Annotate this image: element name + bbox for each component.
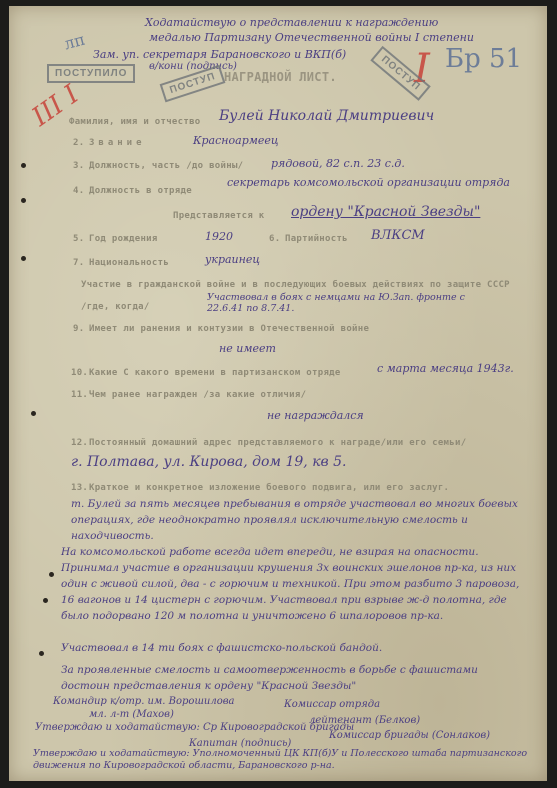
signature-commander-name: мл. л-т (Махов) <box>89 709 174 720</box>
signature-final-approval: Утверждаю и ходатайствую: Уполномоченный… <box>33 748 533 772</box>
signature-commander-title: Командир к/отр. им. Ворошилова <box>53 696 235 707</box>
punch-hole <box>39 651 44 656</box>
field-num-position: 3. <box>73 161 84 171</box>
award-sheet-page: Ходатайствую о представлении к награжден… <box>9 6 547 781</box>
field-value-address: г. Полтава, ул. Кирова, дом 19, кв 5. <box>71 454 347 470</box>
field-value-since: с марта месяца 1943г. <box>377 362 514 375</box>
punch-hole <box>21 163 26 168</box>
field-value-previous-awards: не награждался <box>267 409 364 422</box>
field-label-nominated-for: Представляется к <box>173 211 265 221</box>
field-num-previous-awards: 11. <box>71 390 88 400</box>
field-value-wounds: не имеет <box>219 342 276 355</box>
field-num-feat: 13. <box>71 483 88 493</box>
punch-hole <box>31 411 36 416</box>
field-num-since: 10. <box>71 368 88 378</box>
field-value-nationality: украинец <box>205 253 260 266</box>
narrative-paragraph-2: На комсомольской работе всегда идет впер… <box>61 544 521 624</box>
narrative-paragraph-1: т. Булей за пять месяцев пребывания в от… <box>71 496 521 544</box>
field-num-birth-year: 5. <box>73 234 84 244</box>
field-num-wounds: 9. <box>73 324 84 334</box>
narrative-paragraph-4: За проявленные смелость и самоотверженно… <box>61 662 521 694</box>
punch-hole <box>21 256 26 261</box>
field-label-detachment-role: Должность в отряде <box>89 186 192 196</box>
field-num-detachment-role: 4. <box>73 186 84 196</box>
field-label-previous-awards: Чем ранее награжден /за какие отличия/ <box>89 390 306 400</box>
field-value-position: рядовой, 82 с.п. 23 с.д. <box>271 157 405 170</box>
field-num-nationality: 7. <box>73 258 84 268</box>
pencil-mark-lp: лп <box>62 30 87 54</box>
punch-hole <box>21 198 26 203</box>
field-value-rank: Красноармеец <box>193 134 279 147</box>
field-num-rank: 2. <box>73 138 84 148</box>
punch-hole <box>49 572 54 577</box>
field-label-position: Должность, часть /до войны/ <box>89 161 243 171</box>
field-value-detachment-role: секретарь комсомольской организации отря… <box>227 176 510 189</box>
received-stamp: ПОСТУПИЛО <box>47 64 135 83</box>
field-num-address: 12. <box>71 438 88 448</box>
field-value-birth-year: 1920 <box>205 230 233 243</box>
field-value-nominated-for: ордену "Красной Звезды" <box>291 204 480 220</box>
field-label-wounds: Имеет ли ранения и контузии в Отечествен… <box>89 324 369 334</box>
header-line-1: Ходатайствую о представлении к награжден… <box>145 16 438 29</box>
field-label-rank: Звание <box>89 138 146 148</box>
typed-title: НАГРАДНОЙ ЛИСТ. <box>224 70 337 84</box>
field-label-name: Фамилия, имя и отчество <box>69 117 201 127</box>
signature-commissar-title: Комиссар отряда <box>284 699 380 710</box>
field-label-address: Постоянный домашний адрес представляемог… <box>89 438 466 448</box>
field-value-party: ВЛКСМ <box>371 228 425 243</box>
signature-brigade-commissar: Комиссар бригады (Сонлаков) <box>329 730 490 741</box>
header-line-3: Зам. уп. секретаря Барановского и ВКП(б) <box>93 48 346 61</box>
field-num-party: 6. <box>269 234 280 244</box>
field-label-feat: Краткое и конкретное изложение боевого п… <box>89 483 449 493</box>
field-label-nationality: Национальность <box>89 258 169 268</box>
narrative-paragraph-3: Участвовал в 14 ти боях с фашистско-поль… <box>61 640 521 656</box>
field-label-party: Партийность <box>285 234 348 244</box>
header-line-2: медалью Партизану Отечественной войны I … <box>149 31 474 44</box>
punch-hole <box>43 598 48 603</box>
field-value-name: Булей Николай Дмитриевич <box>219 108 434 124</box>
field-label-birth-year: Год рождения <box>89 234 158 244</box>
field-label-since: Какие С какого времени в партизанском от… <box>89 368 341 378</box>
field-value-combat-participation: Участвовал в боях с немцами на Ю.Зап. фр… <box>207 292 467 314</box>
blue-pencil-mark-br51: Бр 51 <box>445 44 522 74</box>
signature-brigade-approval: Утверждаю и ходатайствую: Ср Кировоградс… <box>35 722 354 733</box>
